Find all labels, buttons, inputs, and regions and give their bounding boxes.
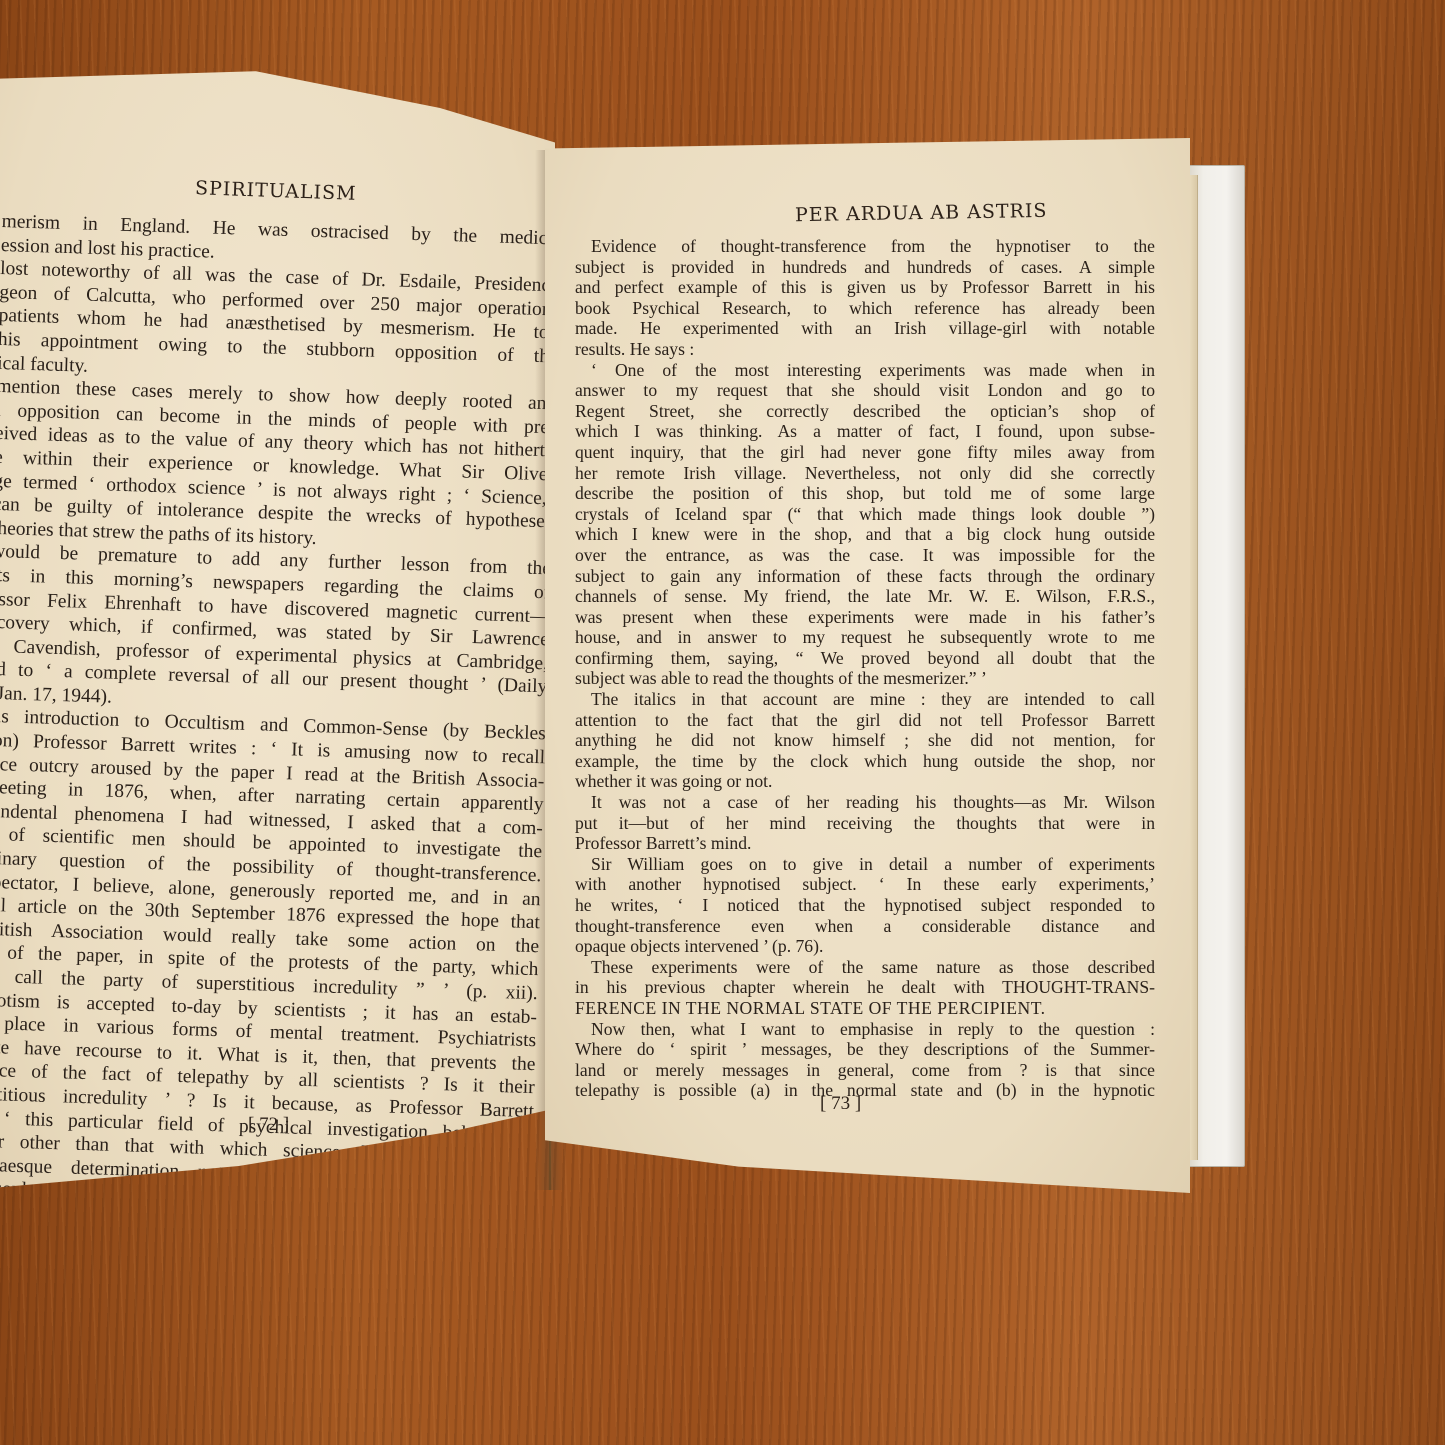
text-line: answer to my request that she should vis…: [575, 380, 1155, 401]
text-line: subject to gain any information of these…: [575, 566, 1155, 587]
text-line: over the entrance, as was the case. It w…: [575, 545, 1155, 566]
text-line: example, the time by the clock which hun…: [575, 751, 1155, 772]
text-line: Sir William goes on to give in detail a …: [575, 854, 1155, 875]
text-line: which I knew were in the shop, and that …: [575, 524, 1155, 545]
text-line: whether it was going or not.: [575, 771, 1155, 792]
text-line: opaque objects intervened ’ (p. 76).: [575, 936, 1155, 957]
left-page: SPIRITUALISM merism in England. He was o…: [0, 62, 555, 1212]
right-running-head: PER ARDUA AB ASTRIS: [795, 200, 1048, 226]
text-line: It was not a case of her reading his tho…: [575, 792, 1155, 813]
text-line: quent inquiry, that the girl had never g…: [575, 442, 1155, 463]
text-line: describe the position of this shop, but …: [575, 483, 1155, 504]
text-line: he writes, ‘ I noticed that the hypnotis…: [575, 895, 1155, 916]
text-line: results. He says :: [575, 339, 1155, 360]
text-line: confirming them, saying, “ We proved bey…: [575, 648, 1155, 669]
text-line: land or merely messages in general, come…: [575, 1060, 1155, 1081]
text-line: These experiments were of the same natur…: [575, 957, 1155, 978]
text-line: her remote Irish village. Nevertheless, …: [575, 463, 1155, 484]
text-line: Where do ‘ spirit ’ messages, be they de…: [575, 1039, 1155, 1060]
text-line: crystals of Iceland spar (“ that which m…: [575, 504, 1155, 525]
text-line: put it—but of her mind receiving the tho…: [575, 813, 1155, 834]
left-page-number: [ 72 ]: [248, 1114, 289, 1136]
right-page-text: Evidence of thought-transference from th…: [575, 236, 1155, 1101]
text-line: channels of sense. My friend, the late M…: [575, 586, 1155, 607]
text-line: Now then, what I want to emphasise in re…: [575, 1019, 1155, 1040]
text-line: and perfect example of this is given us …: [575, 277, 1155, 298]
left-page-text: merism in England. He was ostracised by …: [0, 210, 562, 1218]
text-line: The italics in that account are mine : t…: [575, 689, 1155, 710]
text-line: which I was thinking. As a matter of fac…: [575, 421, 1155, 442]
text-line: ‘ One of the most interesting experiment…: [575, 360, 1155, 381]
text-line: telepathy is possible (a) in the normal …: [575, 1080, 1155, 1101]
text-line: in his previous chapter wherein he dealt…: [575, 977, 1155, 998]
text-line: Regent Street, she correctly described t…: [575, 401, 1155, 422]
text-line: anything he did not know himself ; she d…: [575, 730, 1155, 751]
text-line: Professor Barrett’s mind.: [575, 833, 1155, 854]
left-running-head: SPIRITUALISM: [195, 177, 357, 205]
text-line: subject is provided in hundreds and hund…: [575, 257, 1155, 278]
text-line: house, and in answer to my request he su…: [575, 627, 1155, 648]
right-page-number: [ 73 ]: [820, 1093, 861, 1115]
text-line: with another hypnotised subject. ‘ In th…: [575, 874, 1155, 895]
text-line: subject was able to read the thoughts of…: [575, 668, 1155, 689]
right-page: PER ARDUA AB ASTRIS Evidence of thought-…: [545, 138, 1190, 1193]
text-line: book Psychical Research, to which refere…: [575, 298, 1155, 319]
text-line: FERENCE IN THE NORMAL STATE OF THE PERCI…: [575, 998, 1155, 1019]
text-line: an soul as a spiritual entity ?: [0, 1177, 531, 1218]
text-line: made. He experimented with an Irish vill…: [575, 318, 1155, 339]
text-line: was present when these experiments were …: [575, 607, 1155, 628]
text-line: thought-transference even when a conside…: [575, 916, 1155, 937]
text-line: Evidence of thought-transference from th…: [575, 236, 1155, 257]
text-line: attention to the fact that the girl did …: [575, 710, 1155, 731]
